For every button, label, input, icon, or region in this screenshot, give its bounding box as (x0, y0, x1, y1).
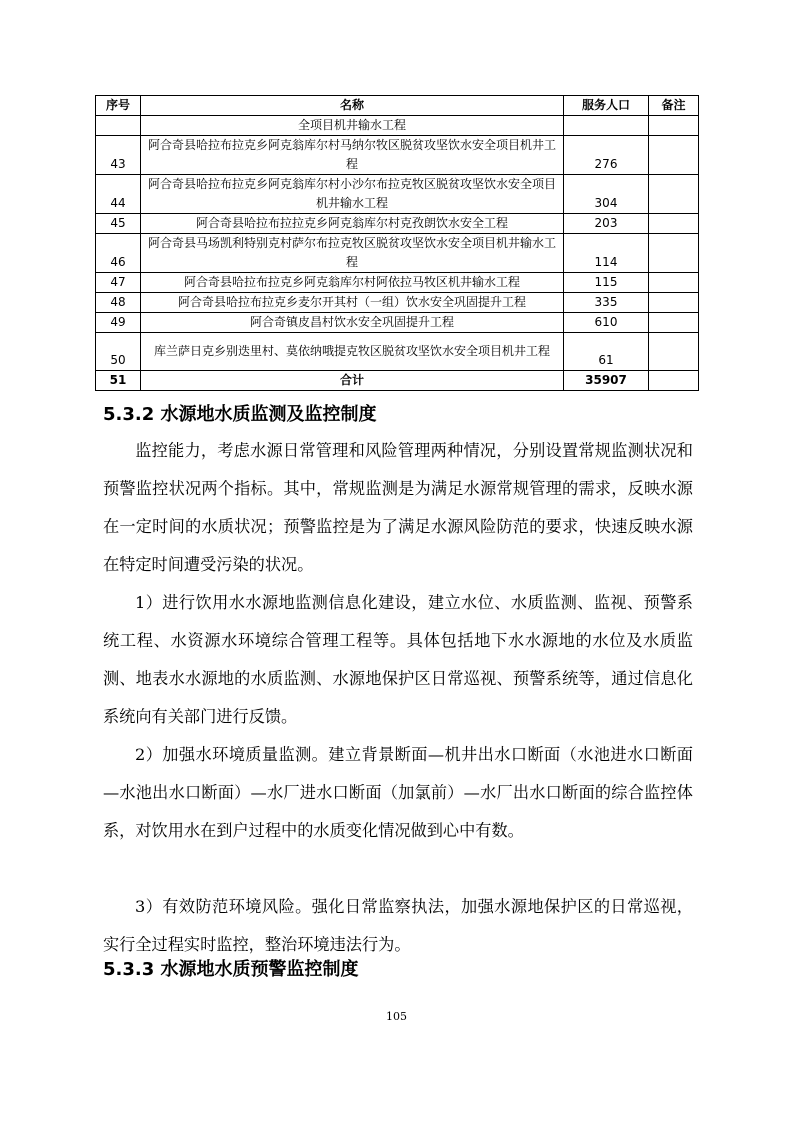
row-no: 43 (96, 136, 141, 175)
row-population: 115 (564, 273, 649, 293)
row-no: 45 (96, 214, 141, 234)
row-population: 304 (564, 175, 649, 214)
water-project-table: 序号 名称 服务人口 备注 全项目机井输水工程 43 阿合奇县哈拉布拉克乡阿克翁… (95, 95, 699, 391)
row-name-text: 库兰萨日克乡别迭里村、莫依纳哦提克牧区脱贫攻坚饮水安全项目机井工程 (141, 342, 563, 361)
row-population: 203 (564, 214, 649, 234)
row-name: 阿合奇镇皮昌村饮水安全巩固提升工程 (141, 313, 564, 333)
row-note (649, 175, 699, 214)
row-no: 44 (96, 175, 141, 214)
col-header-name: 名称 (141, 96, 564, 116)
row-population: 61 (564, 333, 649, 371)
row-note (649, 313, 699, 333)
paragraph-text: 3）有效防范环境风险。强化日常监察执法，加强水源地保护区的日常巡视，实行全过程实… (103, 897, 693, 954)
row-name: 阿合奇县哈拉布拉克乡麦尔开其村（一组）饮水安全巩固提升工程 (141, 293, 564, 313)
table-row: 43 阿合奇县哈拉布拉克乡阿克翁库尔村马纳尔牧区脱贫攻坚饮水安全项目机井工程 2… (96, 136, 699, 175)
row-note (649, 136, 699, 175)
row-no: 47 (96, 273, 141, 293)
table-row: 47 阿合奇县哈拉布拉克乡阿克翁库尔村阿依拉马牧区机井输水工程 115 (96, 273, 699, 293)
row-no (96, 116, 141, 136)
row-name: 阿合奇县哈拉布拉克乡阿克翁库尔村小沙尔布拉克牧区脱贫攻坚饮水安全项目机井输水工程 (141, 175, 564, 214)
table-row: 44 阿合奇县哈拉布拉克乡阿克翁库尔村小沙尔布拉克牧区脱贫攻坚饮水安全项目机井输… (96, 175, 699, 214)
total-label: 合计 (141, 371, 564, 391)
total-no: 51 (96, 371, 141, 391)
row-name: 阿合奇县哈拉布拉拉克乡阿克翁库尔村克孜朗饮水安全工程 (141, 214, 564, 234)
row-no: 49 (96, 313, 141, 333)
row-population: 276 (564, 136, 649, 175)
row-no: 48 (96, 293, 141, 313)
row-note (649, 293, 699, 313)
row-population: 610 (564, 313, 649, 333)
table-row: 50 库兰萨日克乡别迭里村、莫依纳哦提克牧区脱贫攻坚饮水安全项目机井工程 61 (96, 333, 699, 371)
paragraph-item-1: 1）进行饮用水水源地监测信息化建设，建立水位、水质监测、监视、预警系统工程、水资… (103, 584, 693, 736)
table-row: 48 阿合奇县哈拉布拉克乡麦尔开其村（一组）饮水安全巩固提升工程 335 (96, 293, 699, 313)
col-header-note: 备注 (649, 96, 699, 116)
paragraph-item-3: 3）有效防范环境风险。强化日常监察执法，加强水源地保护区的日常巡视，实行全过程实… (103, 888, 693, 964)
row-name-text: 阿合奇县马场凯利特别克村萨尔布拉克牧区脱贫攻坚饮水安全项目机井输水工程 (141, 234, 563, 272)
row-note (649, 234, 699, 273)
section-heading-5-3-2: 5.3.2 水源地水质监测及监控制度 (103, 400, 377, 426)
row-population (564, 116, 649, 136)
total-note (649, 371, 699, 391)
table-total-row: 51 合计 35907 (96, 371, 699, 391)
row-population: 335 (564, 293, 649, 313)
total-population: 35907 (564, 371, 649, 391)
col-header-no: 序号 (96, 96, 141, 116)
row-name-text: 阿合奇县哈拉布拉克乡阿克翁库尔村小沙尔布拉克牧区脱贫攻坚饮水安全项目机井输水工程 (141, 175, 563, 213)
row-no: 50 (96, 333, 141, 371)
row-name: 全项目机井输水工程 (141, 116, 564, 136)
row-name: 库兰萨日克乡别迭里村、莫依纳哦提克牧区脱贫攻坚饮水安全项目机井工程 (141, 333, 564, 371)
col-header-population: 服务人口 (564, 96, 649, 116)
row-note (649, 273, 699, 293)
table-row: 45 阿合奇县哈拉布拉拉克乡阿克翁库尔村克孜朗饮水安全工程 203 (96, 214, 699, 234)
table-row: 49 阿合奇镇皮昌村饮水安全巩固提升工程 610 (96, 313, 699, 333)
section-heading-5-3-3: 5.3.3 水源地水质预警监控制度 (103, 955, 359, 981)
paragraph-text: 监控能力，考虑水源日常管理和风险管理两种情况，分别设置常规监测状况和预警监控状况… (103, 441, 693, 574)
row-name: 阿合奇县哈拉布拉克乡阿克翁库尔村阿依拉马牧区机井输水工程 (141, 273, 564, 293)
table-row: 全项目机井输水工程 (96, 116, 699, 136)
paragraph-text: 2）加强水环境质量监测。建立背景断面—机井出水口断面（水池进水口断面—水池出水口… (103, 745, 693, 840)
paragraph-text: 1）进行饮用水水源地监测信息化建设，建立水位、水质监测、监视、预警系统工程、水资… (103, 593, 693, 726)
row-name: 阿合奇县哈拉布拉克乡阿克翁库尔村马纳尔牧区脱贫攻坚饮水安全项目机井工程 (141, 136, 564, 175)
row-note (649, 116, 699, 136)
table-header-row: 序号 名称 服务人口 备注 (96, 96, 699, 116)
row-name-text: 阿合奇县哈拉布拉克乡阿克翁库尔村马纳尔牧区脱贫攻坚饮水安全项目机井工程 (141, 136, 563, 174)
row-no: 46 (96, 234, 141, 273)
row-population: 114 (564, 234, 649, 273)
row-note (649, 333, 699, 371)
table-row: 46 阿合奇县马场凯利特别克村萨尔布拉克牧区脱贫攻坚饮水安全项目机井输水工程 1… (96, 234, 699, 273)
paragraph-monitoring-capability: 监控能力，考虑水源日常管理和风险管理两种情况，分别设置常规监测状况和预警监控状况… (103, 432, 693, 584)
row-note (649, 214, 699, 234)
page-number: 105 (0, 1010, 793, 1023)
paragraph-item-2: 2）加强水环境质量监测。建立背景断面—机井出水口断面（水池进水口断面—水池出水口… (103, 736, 693, 850)
row-name: 阿合奇县马场凯利特别克村萨尔布拉克牧区脱贫攻坚饮水安全项目机井输水工程 (141, 234, 564, 273)
